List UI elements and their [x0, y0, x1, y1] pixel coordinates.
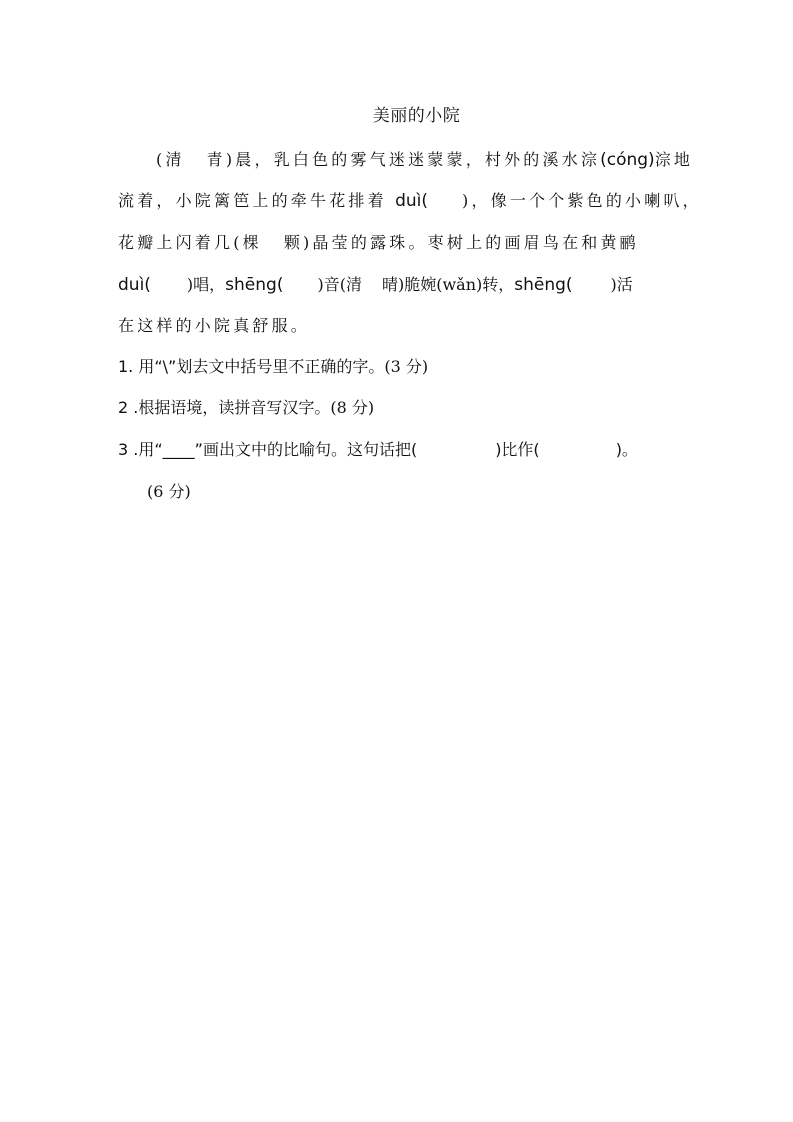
passage-text: )唱，: [187, 275, 225, 294]
question-3: 3 .用“____”画出文中的比喻句。这句话把()比作()。: [118, 438, 678, 462]
passage-line-2: 流着，小院篱笆上的牵牛花排着 duì()，像一个个紫色的小喇叭，: [118, 189, 678, 213]
passage-text: 青)晨，乳白色的雾气迷迷蒙蒙，村外的溪水淙: [207, 150, 600, 169]
passage-line-5: 在这样的小院真舒服。: [118, 314, 678, 338]
question-3-score-line: (6 分): [147, 480, 707, 504]
question-number: 3 .: [118, 440, 138, 459]
question-1: 1. 用“\”划去文中括号里不正确的字。(3 分): [118, 355, 678, 379]
passage-line-3: 花瓣上闪着几(棵颗)晶莹的露珠。枣树上的画眉鸟在和黄鹂: [118, 231, 678, 255]
question-text: )。: [616, 440, 638, 459]
passage-text: 花瓣上闪着几(棵: [118, 233, 262, 252]
passage-text: 流着，小院篱笆上的牵牛花排着: [118, 191, 395, 210]
question-score: (8 分): [330, 398, 374, 417]
pinyin-text: duì(: [395, 191, 428, 211]
document-page: 美丽的小院 (清青)晨，乳白色的雾气迷迷蒙蒙，村外的溪水淙(cóng)淙地 流着…: [0, 0, 793, 1122]
passage-text: 颗)晶莹的露珠。枣树上的画眉鸟在和黄鹂: [284, 233, 639, 252]
question-2: 2 .根据语境，读拼音写汉字。(8 分): [118, 396, 678, 420]
passage-line-4: duì()唱，shēng()音(清晴)脆婉(wǎn)转，shēng()活: [118, 273, 678, 297]
question-score: (3 分): [384, 357, 428, 376]
pinyin-text: shēng(: [225, 275, 283, 295]
passage-text: )活: [611, 275, 633, 294]
pinyin-text: shēng(: [514, 275, 572, 295]
passage-text: (清: [156, 150, 185, 169]
pinyin-text: duì(: [118, 275, 151, 295]
question-text: )比作(: [495, 440, 540, 459]
passage-text: 淙地: [655, 150, 693, 169]
pinyin-text: (cóng): [600, 150, 655, 170]
question-number: 1.: [118, 357, 133, 376]
question-number: 2 .: [118, 398, 138, 417]
passage-line-1: (清青)晨，乳白色的雾气迷迷蒙蒙，村外的溪水淙(cóng)淙地: [156, 148, 676, 172]
passage-text: 晴)脆婉(wǎn)转，: [382, 275, 514, 294]
passage-text: )，像一个个紫色的小喇叭，: [462, 191, 702, 210]
question-text: 用“____”画出文中的比喻句。这句话把(: [138, 440, 417, 459]
question-text: 用“\”划去文中括号里不正确的字。: [138, 357, 384, 376]
question-score: (6 分): [147, 482, 191, 501]
page-title: 美丽的小院: [0, 104, 793, 128]
question-text: 根据语境，读拼音写汉字。: [138, 398, 330, 417]
passage-text: )音(清: [317, 275, 362, 294]
